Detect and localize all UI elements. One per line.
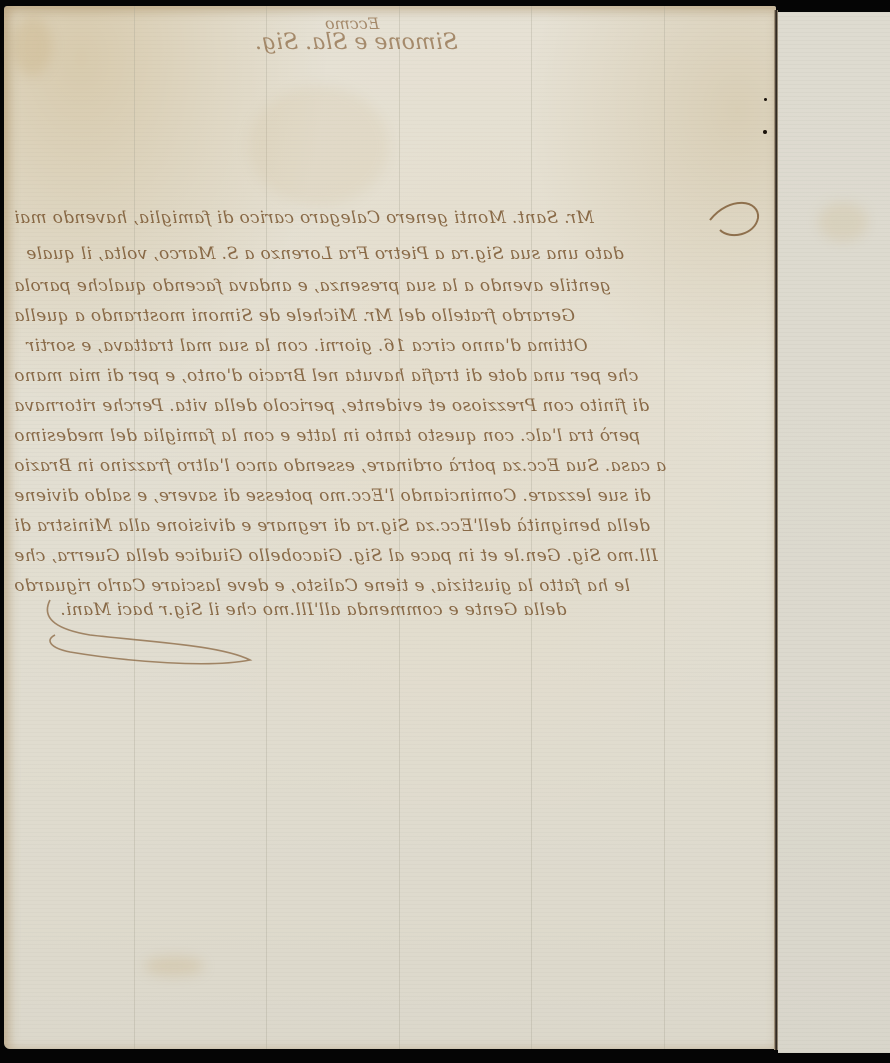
scanned-document: Eccmo Simone e Sla. Sig. Mr. Sant. Monti…: [0, 0, 890, 1063]
opening-flourish: [700, 190, 770, 250]
body-line: gentile avendo a la sua presenza, e anda…: [14, 276, 611, 296]
body-line: a casa. Sua Ecc.za potrà ordinare, essen…: [14, 456, 666, 476]
body-line: però tra l'alc. con questo tanto in latt…: [14, 426, 640, 446]
age-stain: [12, 16, 52, 76]
body-line: Mr. Sant. Monti genero Calegaro carico d…: [14, 208, 594, 228]
age-stain: [249, 86, 389, 206]
facing-page: [778, 12, 890, 1053]
ink-spot: [763, 130, 767, 134]
body-line: dato una sua Sig.ra a Pietro Fra Lorenzo…: [26, 244, 624, 264]
body-line: di sue lezzare. Cominciando l'Ecc.mo pot…: [14, 486, 651, 506]
header-line-2: Simone e Sla. Sig.: [255, 30, 458, 55]
body-line: Ottima d'anno circa 16. giorni. con la s…: [26, 336, 588, 356]
signature-flourish: [30, 590, 270, 670]
body-line: Gerardo fratello del Mr. Michele de Simo…: [14, 306, 575, 326]
ink-spot: [764, 98, 767, 101]
body-line: di finito con Prezzioso et evidente, per…: [14, 396, 649, 416]
age-stain: [818, 202, 868, 242]
body-line: Ill.mo Sig. Gen.le et in pace al Sig. Gi…: [14, 546, 658, 566]
body-line: che per una dote di trafia havuta nel Br…: [14, 366, 638, 386]
age-stain: [144, 956, 204, 976]
chain-line: [664, 6, 665, 1049]
body-line: della benignità dell'Ecc.za Sig.ra di re…: [14, 516, 650, 536]
